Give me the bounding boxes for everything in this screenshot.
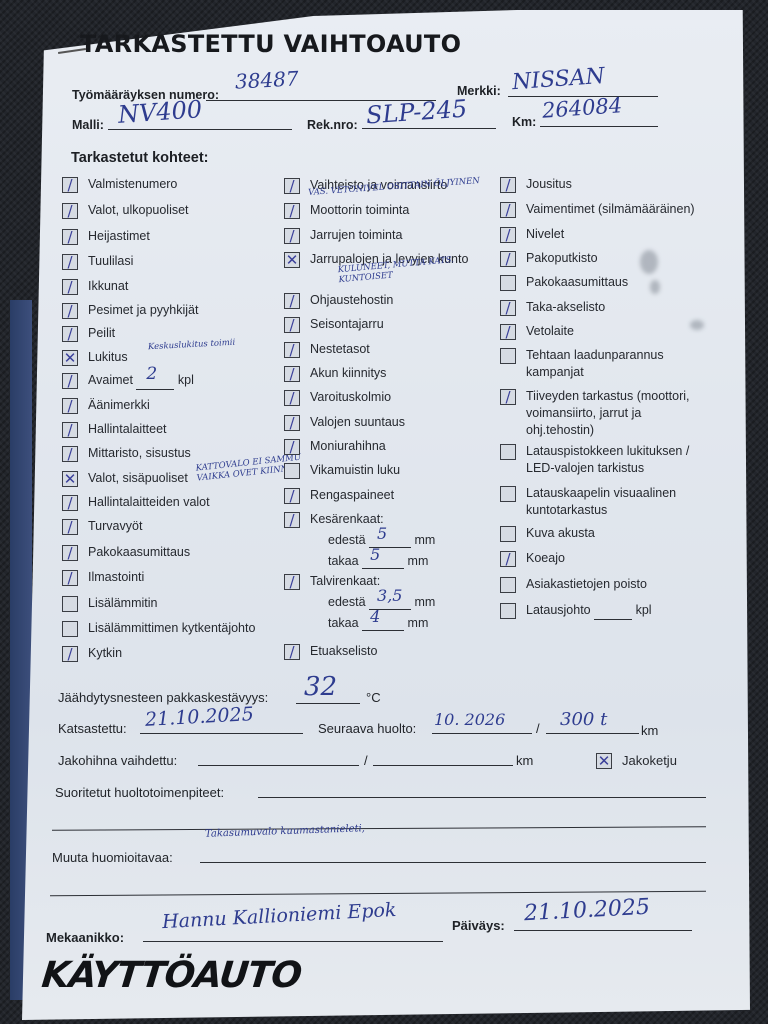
checklist-item-label: Pakokaasumittaus: [526, 274, 628, 291]
checklist-item-label: Peilit: [88, 325, 115, 342]
empty-box-icon: [63, 597, 77, 611]
checklist-item[interactable]: /Moottorin toiminta: [284, 202, 409, 219]
check-slash-icon: /: [501, 178, 515, 192]
x-mark-icon: ✕: [597, 754, 611, 768]
services-done-label: Suoritetut huoltotoimenpiteet:: [55, 785, 224, 800]
check-slash-icon: /: [63, 647, 77, 661]
checklist-item[interactable]: /Ilmastointi: [62, 569, 144, 586]
timing-belt-date-field[interactable]: [198, 765, 359, 766]
checklist-item-label: Ilmastointi: [88, 569, 144, 586]
checklist-item[interactable]: /Varoituskolmio: [284, 389, 391, 406]
checklist-item[interactable]: Vikamuistin luku: [284, 462, 400, 479]
checklist-item-label: Vikamuistin luku: [310, 462, 400, 479]
checkbox[interactable]: /: [284, 178, 300, 194]
checkbox[interactable]: /: [500, 551, 516, 567]
checklist-item[interactable]: /Jarrujen toiminta: [284, 227, 402, 244]
check-slash-icon: /: [501, 203, 515, 217]
checklist-item-label: Jousitus: [526, 176, 572, 193]
x-mark-icon: ✕: [63, 351, 77, 365]
empty-box-icon: [501, 604, 515, 618]
check-slash-icon: /: [501, 390, 515, 404]
tire-rear-depth: takaa 4 mm: [328, 616, 428, 631]
checklist-item-label: Talvirenkaat:: [310, 573, 380, 590]
checklist-item-label: Kuva akusta: [526, 525, 595, 542]
checkbox[interactable]: /: [62, 177, 78, 193]
checklist-item-label: Vaimentimet (silmämääräinen): [526, 201, 695, 218]
checklist-item[interactable]: /Tiiveyden tarkastus (moottori, voimansi…: [500, 388, 706, 439]
checklist-item[interactable]: Latauskaapelin visuaalinen kuntotarkastu…: [500, 485, 706, 519]
timing-chain-label: Jakoketju: [622, 752, 677, 769]
check-slash-icon: /: [285, 343, 299, 357]
checklist-item[interactable]: /Seisontajarru: [284, 316, 384, 333]
checklist-item-label: Pakokaasumittaus: [88, 544, 190, 561]
checklist-item[interactable]: /Pesimet ja pyyhkijät: [62, 302, 198, 319]
services-done-field[interactable]: [258, 797, 706, 798]
reg-no-label: Rek.nro:: [307, 118, 358, 132]
checkbox[interactable]: /: [284, 293, 300, 309]
other-notes-field[interactable]: [200, 862, 706, 863]
checkbox[interactable]: [500, 275, 516, 291]
checklist-item[interactable]: /Peilit: [62, 325, 115, 342]
checklist-item-label: Heijastimet: [88, 228, 150, 245]
checklist-item-label: Valojen suuntaus: [310, 414, 405, 431]
check-slash-icon: /: [63, 399, 77, 413]
checklist-item[interactable]: /Nestetasot: [284, 341, 370, 358]
checkbox[interactable]: /: [284, 203, 300, 219]
checklist-item[interactable]: /Äänimerkki: [62, 397, 150, 414]
km-label: Km:: [512, 115, 536, 129]
check-slash-icon: /: [285, 179, 299, 193]
checklist-item-label: Seisontajarru: [310, 316, 384, 333]
km-field[interactable]: [540, 126, 658, 127]
checkbox[interactable]: [500, 444, 516, 460]
checklist-item-label: Avaimet 2 kpl: [88, 372, 194, 390]
checklist-item-label: Latauspistokkeen lukituksen / LED-valoje…: [526, 443, 706, 477]
checkbox[interactable]: /: [62, 646, 78, 662]
check-slash-icon: /: [501, 228, 515, 242]
check-slash-icon: /: [501, 252, 515, 266]
inspected-label: Katsastettu:: [58, 721, 127, 736]
checklist-item[interactable]: /Pakokaasumittaus: [62, 544, 190, 561]
coolant-field[interactable]: [296, 703, 360, 704]
check-slash-icon: /: [285, 391, 299, 405]
checkbox[interactable]: /: [62, 373, 78, 389]
checklist-item-label: Kesärenkaat:: [310, 511, 384, 528]
check-slash-icon: /: [63, 546, 77, 560]
checkbox[interactable]: /: [62, 398, 78, 414]
checkbox[interactable]: [500, 348, 516, 364]
check-slash-icon: /: [285, 575, 299, 589]
count-field[interactable]: 2: [136, 372, 174, 390]
checklist-item-label: Pakoputkisto: [526, 250, 598, 267]
checklist-item[interactable]: /Valmistenumero: [62, 176, 177, 193]
timing-belt-label: Jakohihna vaihdettu:: [58, 753, 177, 768]
depth-field[interactable]: 4: [362, 616, 404, 631]
count-value: 2: [146, 366, 157, 383]
next-service-km-unit: km: [641, 723, 658, 738]
checklist-item[interactable]: /Vetolaite: [500, 323, 574, 340]
check-slash-icon: /: [63, 423, 77, 437]
checklist-item[interactable]: /Pakoputkisto: [500, 250, 598, 267]
checklist-item[interactable]: /Heijastimet: [62, 228, 150, 245]
checklist-item-label: Moniurahihna: [310, 438, 386, 455]
checklist-item-label: Jarrujen toiminta: [310, 227, 402, 244]
checklist-item-label: Akun kiinnitys: [310, 365, 386, 382]
kayttoauto-logo: KÄYTTÖAUTO: [40, 955, 303, 996]
checklist-item-label: Lisälämmitin: [88, 595, 157, 612]
check-slash-icon: /: [285, 367, 299, 381]
empty-box-icon: [501, 276, 515, 290]
checklist-item[interactable]: /Moniurahihna: [284, 438, 386, 455]
checkbox[interactable]: /: [284, 644, 300, 660]
check-slash-icon: /: [285, 645, 299, 659]
checklist-item[interactable]: Lisälämmitin: [62, 595, 157, 612]
checklist-item[interactable]: /Jousitus: [500, 176, 572, 193]
checklist-item[interactable]: Kuva akusta: [500, 525, 595, 542]
depth-value: 4: [370, 607, 380, 626]
checkbox[interactable]: /: [62, 545, 78, 561]
checklist-item-label: Valot, ulkopuoliset: [88, 202, 189, 219]
checkbox[interactable]: /: [500, 177, 516, 193]
checklist-item-label: Lukitus: [88, 349, 128, 366]
check-slash-icon: /: [285, 513, 299, 527]
check-slash-icon: /: [63, 230, 77, 244]
check-slash-icon: /: [63, 520, 77, 534]
checkbox[interactable]: /: [62, 229, 78, 245]
check-slash-icon: /: [285, 318, 299, 332]
empty-box-icon: [501, 527, 515, 541]
checklist-item[interactable]: /Ohjaustehostin: [284, 292, 393, 309]
coolant-value: 32: [304, 672, 337, 702]
timing-belt-sep: /: [364, 753, 368, 768]
timing-belt-km-unit: km: [516, 753, 533, 768]
timing-chain-checkbox[interactable]: ✕ Jakoketju: [596, 752, 677, 769]
coolant-label: Jäähdytysnesteen pakkaskestävyys:: [58, 690, 268, 705]
checklist-item-label: Varoituskolmio: [310, 389, 391, 406]
checklist-item-label: Mittaristo, sisustus: [88, 445, 191, 462]
check-slash-icon: /: [285, 489, 299, 503]
next-service-km-value: 300 t: [560, 709, 607, 730]
checklist-item-label: Valot, sisäpuoliset: [88, 470, 188, 487]
checklist-item-label: Nestetasot: [310, 341, 370, 358]
checklist-item[interactable]: /Etuakselisto: [284, 643, 377, 660]
checkbox[interactable]: /: [62, 203, 78, 219]
checklist-item-label: Äänimerkki: [88, 397, 150, 414]
timing-belt-km-field[interactable]: [373, 765, 513, 766]
checklist-item-label: Nivelet: [526, 226, 564, 243]
checklist-item-label: Rengaspaineet: [310, 487, 394, 504]
check-slash-icon: /: [63, 280, 77, 294]
depth-value: 3,5: [377, 586, 402, 605]
model-value: NV400: [117, 95, 203, 129]
mechanic-label: Mekaanikko:: [46, 930, 124, 945]
tire-front-depth: edestä 5 mm: [328, 533, 435, 548]
checklist-item-label: Ikkunat: [88, 278, 128, 295]
checklist-item-label: Pesimet ja pyyhkijät: [88, 302, 198, 319]
x-mark-icon: ✕: [285, 253, 299, 267]
date-label: Päiväys:: [452, 918, 505, 933]
date-field[interactable]: [514, 930, 692, 931]
form-title: TARKASTETTU VAIHTOAUTO: [80, 30, 461, 58]
checklist-item[interactable]: /Taka-akselisto: [500, 299, 605, 316]
checklist-item-label: Vetolaite: [526, 323, 574, 340]
checklist-item[interactable]: /Hallintalaitteet: [62, 421, 167, 438]
next-service-date-value: 10. 2026: [434, 710, 505, 729]
checklist-item[interactable]: ✕Lukitus: [62, 349, 128, 366]
checklist-item[interactable]: /Rengaspaineet: [284, 487, 394, 504]
checkbox[interactable]: /: [284, 415, 300, 431]
check-slash-icon: /: [63, 304, 77, 318]
checklist-item-label: Latauskaapelin visuaalinen kuntotarkastu…: [526, 485, 706, 519]
checklist-item-label: Tuulilasi: [88, 253, 133, 270]
checkbox[interactable]: /: [62, 326, 78, 342]
checklist-item-label: Hallintalaitteet: [88, 421, 167, 438]
empty-box-icon: [501, 578, 515, 592]
check-slash-icon: /: [285, 204, 299, 218]
x-mark-icon: ✕: [63, 472, 77, 486]
checklist-item[interactable]: Pakokaasumittaus: [500, 274, 628, 291]
checkbox[interactable]: /: [62, 422, 78, 438]
check-slash-icon: /: [63, 204, 77, 218]
checklist-item-label: Turvavyöt: [88, 518, 142, 535]
checkbox[interactable]: /: [284, 488, 300, 504]
checkbox[interactable]: ✕: [284, 252, 300, 268]
checklist-item[interactable]: /Talvirenkaat:: [284, 573, 380, 590]
depth-field[interactable]: 5: [362, 554, 404, 569]
checklist-item[interactable]: Latauspistokkeen lukituksen / LED-valoje…: [500, 443, 706, 477]
checkbox[interactable]: /: [62, 495, 78, 511]
check-slash-icon: /: [501, 301, 515, 315]
check-slash-icon: /: [63, 496, 77, 510]
next-service-sep: /: [536, 721, 540, 736]
checklist-item-label: Moottorin toiminta: [310, 202, 409, 219]
empty-box-icon: [501, 349, 515, 363]
checklist-item-label: Asiakastietojen poisto: [526, 576, 647, 593]
checklist-item-label: Latausjohto kpl: [526, 602, 652, 620]
next-service-km-field[interactable]: [546, 733, 639, 734]
checkbox[interactable]: /: [284, 366, 300, 382]
checkbox[interactable]: /: [62, 446, 78, 462]
checkbox[interactable]: /: [284, 317, 300, 333]
checkbox[interactable]: /: [284, 390, 300, 406]
check-slash-icon: /: [63, 374, 77, 388]
checkbox[interactable]: /: [62, 570, 78, 586]
checkbox[interactable]: /: [62, 303, 78, 319]
checkbox[interactable]: [284, 463, 300, 479]
checkbox[interactable]: ✕: [596, 753, 612, 769]
coolant-unit: °C: [366, 690, 381, 705]
checkbox[interactable]: /: [500, 389, 516, 405]
checkbox[interactable]: /: [500, 324, 516, 340]
checkbox[interactable]: /: [62, 254, 78, 270]
checklist-item-label: Ohjaustehostin: [310, 292, 393, 309]
checklist-item[interactable]: /Akun kiinnitys: [284, 365, 386, 382]
checkbox[interactable]: /: [500, 251, 516, 267]
checklist-item[interactable]: Latausjohto kpl: [500, 602, 652, 620]
model-label: Malli:: [72, 118, 104, 132]
checkbox[interactable]: [500, 526, 516, 542]
checklist-item-label: Taka-akselisto: [526, 299, 605, 316]
checkbox[interactable]: /: [62, 519, 78, 535]
empty-box-icon: [63, 622, 77, 636]
check-slash-icon: /: [63, 178, 77, 192]
checkbox[interactable]: [500, 577, 516, 593]
depth-value: 5: [370, 545, 380, 564]
checkbox[interactable]: /: [284, 512, 300, 528]
empty-box-icon: [285, 464, 299, 478]
mechanic-field[interactable]: [143, 941, 443, 942]
checkbox[interactable]: [62, 621, 78, 637]
checkbox[interactable]: [62, 596, 78, 612]
empty-box-icon: [501, 445, 515, 459]
checkbox[interactable]: /: [500, 202, 516, 218]
model-field[interactable]: [108, 129, 292, 130]
checklist-item[interactable]: /Nivelet: [500, 226, 564, 243]
check-slash-icon: /: [285, 416, 299, 430]
checklist-item-label: Lisälämmittimen kytkentäjohto: [88, 620, 255, 637]
checklist-item[interactable]: /Valot, ulkopuoliset: [62, 202, 189, 219]
checkbox[interactable]: ✕: [62, 471, 78, 487]
checklist-item[interactable]: /Mittaristo, sisustus: [62, 445, 191, 462]
work-order-value: 38487: [234, 66, 299, 93]
check-slash-icon: /: [63, 571, 77, 585]
checkbox[interactable]: /: [284, 342, 300, 358]
checkbox[interactable]: /: [500, 300, 516, 316]
checkbox[interactable]: /: [500, 227, 516, 243]
checkbox[interactable]: [500, 603, 516, 619]
checklist-item-label: Etuakselisto: [310, 643, 377, 660]
checkbox[interactable]: /: [284, 439, 300, 455]
checked-items-heading: Tarkastetut kohteet:: [71, 150, 209, 166]
checklist-item[interactable]: /Valojen suuntaus: [284, 414, 405, 431]
next-service-date-field[interactable]: [432, 733, 532, 734]
empty-box-icon: [501, 487, 515, 501]
stain: [690, 320, 704, 330]
check-slash-icon: /: [63, 255, 77, 269]
other-notes-label: Muuta huomioitavaa:: [52, 850, 173, 865]
checkbox[interactable]: /: [284, 228, 300, 244]
checklist-item[interactable]: /Kesärenkaat:: [284, 511, 384, 528]
count-field[interactable]: [594, 602, 632, 620]
stain: [640, 250, 658, 274]
checklist-item-label: Tiiveyden tarkastus (moottori, voimansii…: [526, 388, 706, 439]
check-slash-icon: /: [501, 325, 515, 339]
checkbox[interactable]: /: [284, 574, 300, 590]
check-slash-icon: /: [285, 440, 299, 454]
depth-value: 5: [377, 524, 387, 543]
stain: [650, 280, 660, 294]
checklist-item-label: Tehtaan laadunparannus kampanjat: [526, 347, 706, 381]
tire-rear-depth: takaa 5 mm: [328, 554, 428, 569]
checklist-item[interactable]: /Hallintalaitteiden valot: [62, 494, 210, 511]
checklist-item[interactable]: Asiakastietojen poisto: [500, 576, 647, 593]
checklist-item-label: Koeajo: [526, 550, 565, 567]
checklist-item[interactable]: /Ikkunat: [62, 278, 128, 295]
checklist-item[interactable]: Lisälämmittimen kytkentäjohto: [62, 620, 255, 637]
checklist-item[interactable]: /Tuulilasi: [62, 253, 133, 270]
checklist-item-label: Kytkin: [88, 645, 122, 662]
checkbox[interactable]: /: [62, 279, 78, 295]
next-service-label: Seuraava huolto:: [318, 721, 416, 736]
checkbox[interactable]: ✕: [62, 350, 78, 366]
tire-front-depth: edestä 3,5 mm: [328, 595, 435, 610]
checkbox[interactable]: [500, 486, 516, 502]
checklist-item[interactable]: /Kytkin: [62, 645, 122, 662]
checklist-item-label: Hallintalaitteiden valot: [88, 494, 210, 511]
check-slash-icon: /: [501, 552, 515, 566]
check-slash-icon: /: [285, 229, 299, 243]
checklist-item[interactable]: ✕Valot, sisäpuoliset: [62, 470, 188, 487]
checklist-item[interactable]: /Vaimentimet (silmämääräinen): [500, 201, 695, 218]
check-slash-icon: /: [63, 327, 77, 341]
checklist-item[interactable]: /Avaimet 2 kpl: [62, 372, 194, 390]
check-slash-icon: /: [285, 294, 299, 308]
check-slash-icon: /: [63, 447, 77, 461]
checklist-item[interactable]: Tehtaan laadunparannus kampanjat: [500, 347, 706, 381]
checklist-item[interactable]: /Turvavyöt: [62, 518, 142, 535]
inspected-field[interactable]: [140, 733, 303, 734]
checklist-item-label: Valmistenumero: [88, 176, 177, 193]
checklist-item[interactable]: /Koeajo: [500, 550, 565, 567]
